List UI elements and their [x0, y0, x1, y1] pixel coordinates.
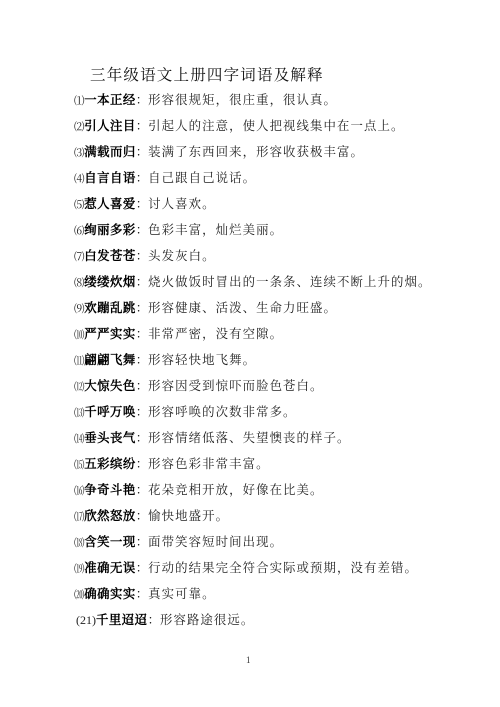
entry-definition: 形容健康、活泼、生命力旺盛。	[148, 300, 337, 315]
list-item: ⒁垂头丧气：形容情绪低落、失望懊丧的样子。	[74, 430, 351, 447]
entry-term: 一本正经	[84, 92, 136, 107]
entry-definition: 形容色彩非常丰富。	[148, 456, 269, 471]
entry-colon: ：	[136, 560, 148, 575]
entry-number: ⑽	[74, 329, 84, 341]
document-page: 三年级语文上册四字词语及解释 ⑴一本正经：形容很规矩，很庄重，很认真。 ⑵引人注…	[0, 0, 500, 707]
list-item: ⑵引人注目：引起人的注意，使人把视线集中在一点上。	[74, 118, 404, 135]
entry-number: ⒆	[74, 563, 84, 575]
entry-definition: 色彩丰富，灿烂美丽。	[148, 222, 283, 237]
entry-term: 白发苍苍	[84, 248, 136, 263]
entry-term: 五彩缤纷	[84, 456, 136, 471]
entry-term: 自言自语	[84, 170, 136, 185]
entry-number: ⑴	[74, 95, 84, 107]
list-item: ⑷自言自语：自己跟自己说话。	[74, 170, 256, 187]
entry-colon: ：	[136, 92, 148, 107]
list-item: ⒃争奇斗艳：花朵竞相开放，好像在比美。	[74, 482, 324, 499]
entry-term: 确确实实	[84, 586, 136, 601]
entry-colon: ：	[136, 404, 148, 419]
entry-term: 惹人喜爱	[84, 196, 136, 211]
entry-colon: ：	[136, 274, 148, 289]
list-item: ⒀千呼万唤：形容呼唤的次数非常多。	[74, 404, 297, 421]
entry-colon: ：	[136, 222, 148, 237]
entry-definition: 愉快地盛开。	[148, 508, 229, 523]
entry-definition: 形容很规矩，很庄重，很认真。	[148, 92, 337, 107]
entry-definition: 引起人的注意，使人把视线集中在一点上。	[148, 118, 404, 133]
entry-definition: 形容轻快地飞舞。	[148, 352, 256, 367]
entry-colon: ：	[136, 248, 148, 263]
entry-colon: ：	[136, 144, 148, 159]
entry-number: ⑵	[74, 121, 84, 133]
entry-number: ⑸	[74, 199, 84, 211]
entry-number: ⒇	[74, 589, 84, 601]
entry-number: ⑿	[74, 381, 84, 393]
list-item: ⑴一本正经：形容很规矩，很庄重，很认真。	[74, 92, 337, 109]
entry-definition: 行动的结果完全符合实际或预期，没有差错。	[148, 560, 418, 575]
entry-term: 含笑一现	[84, 534, 136, 549]
entry-definition: 烧火做饭时冒出的一条条、连续不断上升的烟。	[148, 274, 431, 289]
entry-number: ⒂	[74, 459, 84, 471]
entry-term: 绚丽多彩	[84, 222, 136, 237]
entry-colon: ：	[136, 482, 148, 497]
entry-number: ⑺	[74, 251, 84, 263]
entry-term: 准确无误	[84, 560, 136, 575]
entry-definition: 形容路途很远。	[160, 612, 254, 627]
entry-number: ⑻	[74, 277, 84, 289]
entry-number: ⒄	[74, 511, 84, 523]
entry-number: ⑶	[74, 147, 84, 159]
entry-definition: 花朵竞相开放，好像在比美。	[148, 482, 323, 497]
entry-number: ⒃	[74, 485, 84, 497]
entry-number: ⑼	[74, 303, 84, 315]
list-item: ⑻缕缕炊烟：烧火做饭时冒出的一条条、连续不断上升的烟。	[74, 274, 431, 291]
entry-colon: ：	[136, 352, 148, 367]
entry-term: 垂头丧气	[84, 430, 136, 445]
entry-colon: ：	[136, 456, 148, 471]
entry-term: 千里迢迢	[96, 612, 148, 627]
entry-colon: ：	[136, 170, 148, 185]
list-item: (21)千里迢迢：形容路途很远。	[76, 612, 254, 628]
entry-definition: 头发灰白。	[148, 248, 215, 263]
entry-number: ⑹	[74, 225, 84, 237]
entry-term: 欢蹦乱跳	[84, 300, 136, 315]
list-item: ⒇确确实实：真实可靠。	[74, 586, 216, 603]
list-item: ⑾翩翩飞舞：形容轻快地飞舞。	[74, 352, 256, 369]
list-item: ⒅含笑一现：面带笑容短时间出现。	[74, 534, 283, 551]
entry-number: ⑷	[74, 173, 84, 185]
entry-colon: ：	[136, 378, 148, 393]
list-item: ⑼欢蹦乱跳：形容健康、活泼、生命力旺盛。	[74, 300, 337, 317]
entry-definition: 形容情绪低落、失望懊丧的样子。	[148, 430, 350, 445]
entry-definition: 真实可靠。	[148, 586, 215, 601]
entry-colon: ：	[136, 300, 148, 315]
entry-number: ⒀	[74, 407, 84, 419]
entry-colon: ：	[136, 118, 148, 133]
entry-colon: ：	[136, 326, 148, 341]
entry-term: 满载而归	[84, 144, 136, 159]
entry-colon: ：	[136, 196, 148, 211]
entry-colon: ：	[136, 508, 148, 523]
list-item: ⑸惹人喜爱：讨人喜欢。	[74, 196, 216, 213]
list-item: ⑶满载而归：装满了东西回来，形容收获极丰富。	[74, 144, 364, 161]
document-title: 三年级语文上册四字词语及解释	[90, 63, 324, 85]
entry-definition: 自己跟自己说话。	[148, 170, 256, 185]
entry-colon: ：	[148, 612, 160, 627]
entry-term: 引人注目	[84, 118, 136, 133]
entry-number: ⑾	[74, 355, 84, 367]
entry-term: 翩翩飞舞	[84, 352, 136, 367]
entry-colon: ：	[136, 534, 148, 549]
entry-number: ⒁	[74, 433, 84, 445]
list-item: ⒂五彩缤纷：形容色彩非常丰富。	[74, 456, 270, 473]
list-item: ⒆准确无误：行动的结果完全符合实际或预期，没有差错。	[74, 560, 418, 577]
entry-definition: 形容因受到惊吓而脸色苍白。	[148, 378, 323, 393]
entry-definition: 讨人喜欢。	[148, 196, 215, 211]
entry-term: 欣然怒放	[84, 508, 136, 523]
list-item: ⑿大惊失色：形容因受到惊吓而脸色苍白。	[74, 378, 324, 395]
entry-term: 严严实实	[84, 326, 136, 341]
entry-colon: ：	[136, 586, 148, 601]
list-item: ⑹绚丽多彩：色彩丰富，灿烂美丽。	[74, 222, 283, 239]
page-number: 1	[246, 655, 251, 665]
entry-number: (21)	[76, 613, 96, 627]
entry-definition: 面带笑容短时间出现。	[148, 534, 283, 549]
entry-definition: 非常严密，没有空隙。	[148, 326, 283, 341]
entry-number: ⒅	[74, 537, 84, 549]
entry-colon: ：	[136, 430, 148, 445]
list-item: ⑺白发苍苍：头发灰白。	[74, 248, 216, 265]
list-item: ⒄欣然怒放：愉快地盛开。	[74, 508, 229, 525]
list-item: ⑽严严实实：非常严密，没有空隙。	[74, 326, 283, 343]
entry-definition: 形容呼唤的次数非常多。	[148, 404, 296, 419]
entry-term: 缕缕炊烟	[84, 274, 136, 289]
entry-term: 大惊失色	[84, 378, 136, 393]
entry-term: 争奇斗艳	[84, 482, 136, 497]
entry-definition: 装满了东西回来，形容收获极丰富。	[148, 144, 364, 159]
entry-term: 千呼万唤	[84, 404, 136, 419]
